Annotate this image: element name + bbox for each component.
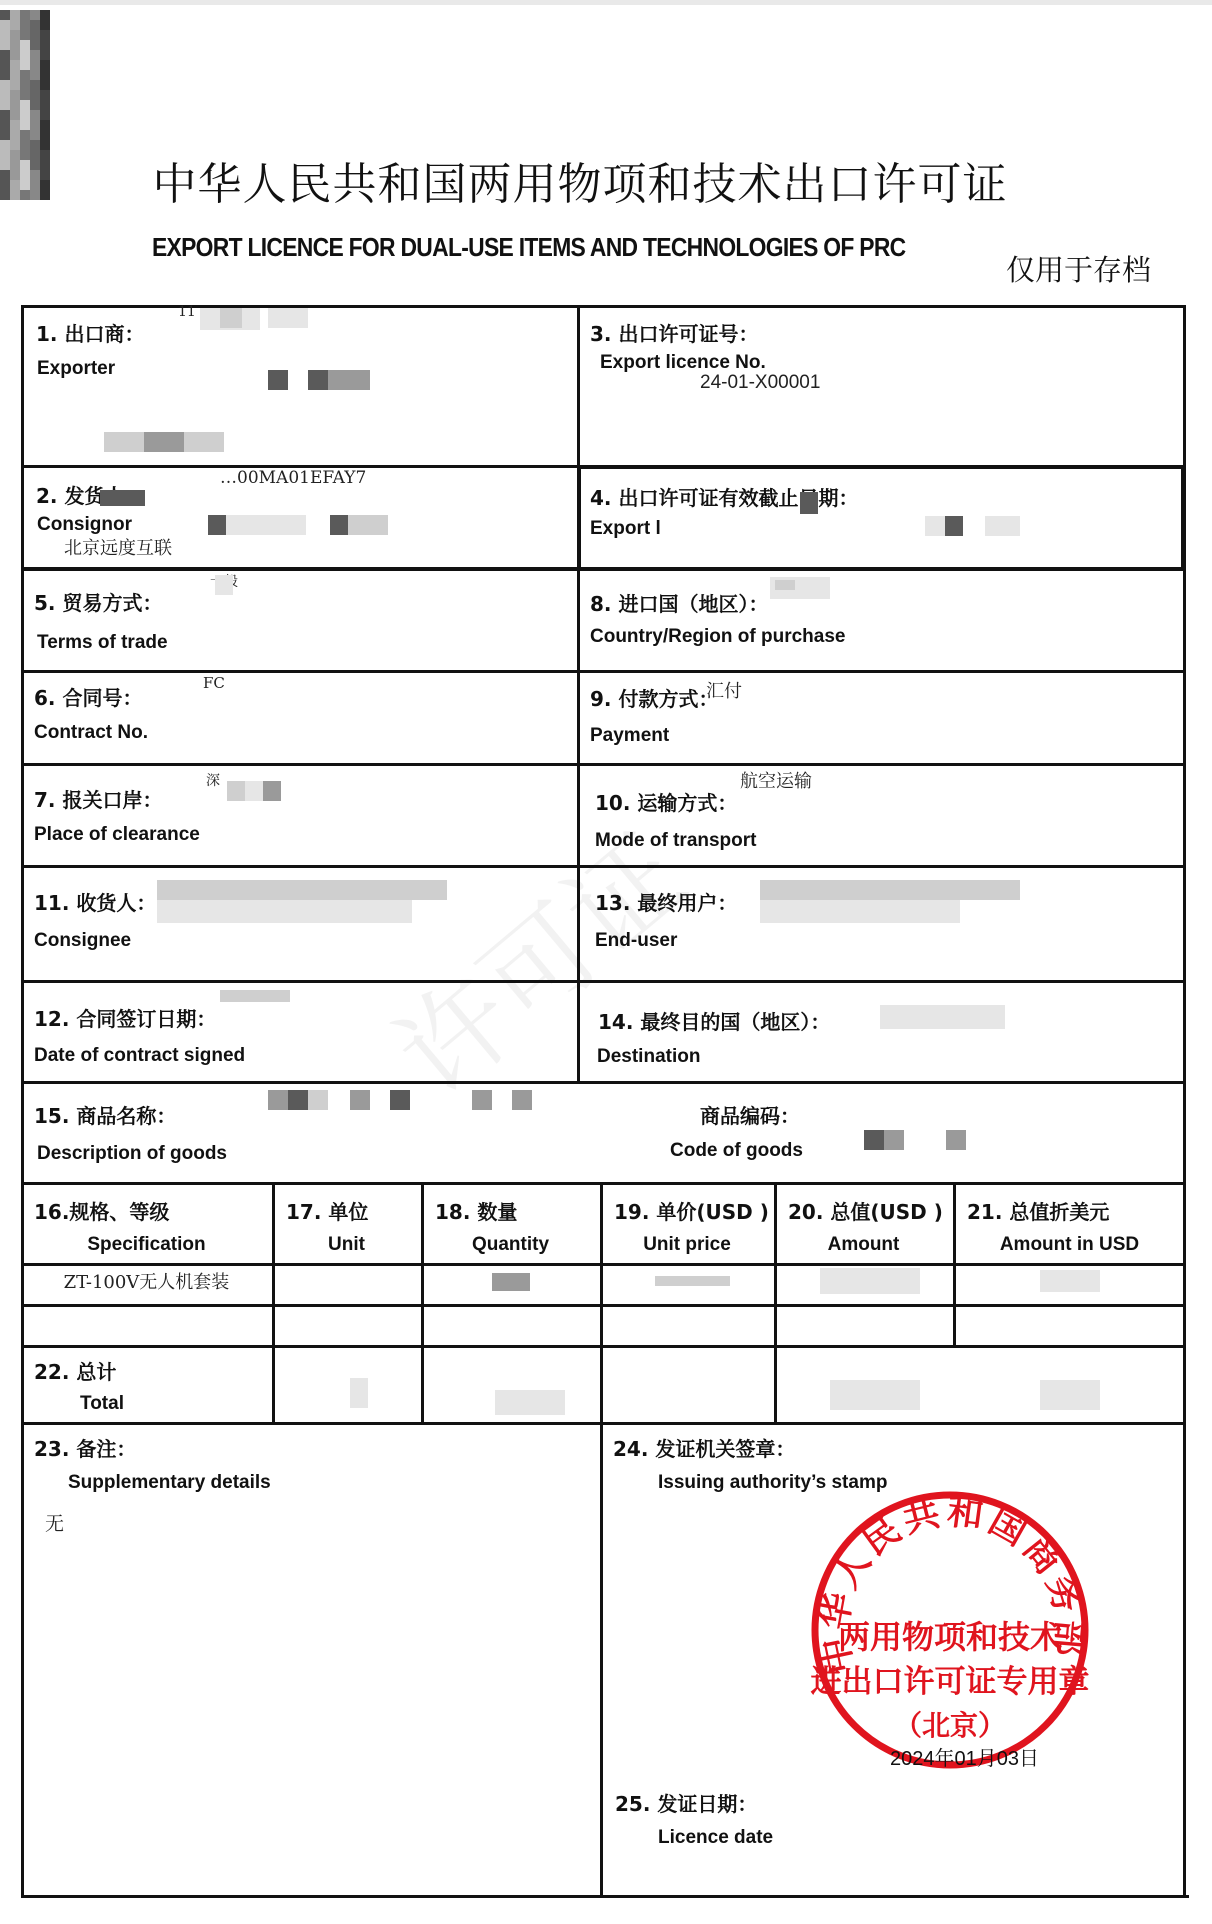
svg-text:进出口许可证专用章: 进出口许可证专用章 [811,1664,1090,1700]
exporter-value: 11 [178,304,196,320]
redacted-block [884,1130,904,1150]
document-title-en: EXPORT LICENCE FOR DUAL-USE ITEMS AND TE… [152,232,906,263]
expiry-label-cn: 4. 出口许可证有效截止日期： [590,482,858,511]
stamp-label-cn: 24. 发证机关签章： [613,1433,795,1462]
redacted-block [925,516,945,536]
column-header-cn: 17. 单位 [286,1196,368,1225]
redacted-block [308,370,328,390]
redacted-block [880,1005,1005,1029]
redacted-block [227,781,245,801]
payment-label-cn: 9. 付款方式： [590,683,718,712]
redacted-block [820,1268,920,1294]
redacted-block [226,515,306,535]
redacted-block [330,515,348,535]
goods-desc-label-cn: 15. 商品名称： [34,1100,176,1129]
column-header-cn: 20. 总值(USD ) [788,1196,943,1225]
clearance-value: 深 [206,770,220,790]
terms-label-en: Terms of trade [37,632,168,654]
consignor-label-en: Consignor [37,514,132,536]
consignor-code: …00MA01EFAY7 [220,468,366,488]
contract-date-label-cn: 12. 合同签订日期： [34,1003,216,1032]
redacted-block [495,1390,565,1415]
column-header-cn: 21. 总值折美元 [967,1196,1109,1225]
redacted-block [348,515,388,535]
redacted-block [945,516,963,536]
column-header-en: Amount in USD [953,1234,1186,1256]
end-user-label-en: End-user [595,930,677,952]
redacted-block [760,900,960,923]
contract-no-label-en: Contract No. [34,722,148,744]
top-edge [0,0,1212,5]
consignee-label-cn: 11. 收货人： [34,887,156,916]
licence-no-label-cn: 3. 出口许可证号： [590,318,758,347]
redacted-block [350,1378,368,1408]
redacted-block [660,510,1040,550]
column-header-en: Unit price [600,1234,774,1256]
redacted-block [760,880,1020,900]
svg-text:两用物项和技术: 两用物项和技术 [838,1618,1062,1656]
total-label-en: Total [80,1393,124,1415]
redacted-block [1040,1270,1100,1292]
redacted-block [985,516,1020,536]
redacted-block [512,1090,532,1110]
redacted-block [328,370,370,390]
remarks-value: 无 [45,1509,64,1536]
licence-date-label-cn: 25. 发证日期： [615,1788,757,1817]
column-header-en: Quantity [421,1234,600,1256]
redacted-block [157,880,447,900]
licence-no-value: 24-01-X00001 [700,372,820,394]
redacted-block [655,1276,730,1286]
remarks-label-cn: 23. 备注： [34,1433,136,1462]
redacted-block [775,580,795,590]
redacted-block [472,1090,492,1110]
column-header-en: Unit [272,1234,421,1256]
column-header-cn: 19. 单价(USD ) [614,1196,769,1225]
payment-label-en: Payment [590,725,669,747]
contract-date-label-en: Date of contract signed [34,1045,245,1067]
redacted-block [268,1090,288,1110]
redacted-block [100,490,145,506]
redacted-block [800,492,818,514]
redacted-block [390,1090,410,1110]
redacted-block [157,900,412,923]
redacted-block [492,1273,530,1291]
svg-text:（北京）: （北京） [894,1709,1006,1742]
redacted-block [350,1090,370,1110]
clearance-label-cn: 7. 报关口岸： [34,784,162,813]
redacted-block [215,575,233,595]
stamp-date: 2024年01月03日 [890,1742,1039,1771]
consignee-label-en: Consignee [34,930,131,952]
transport-label-cn: 10. 运输方式： [595,787,737,816]
archive-note: 仅用于存档 [1006,248,1151,289]
consignor-name: 北京远度互联 [64,534,172,560]
total-label-cn: 22. 总计 [34,1356,116,1385]
licence-no-label-en: Export licence No. [600,352,766,374]
redacted-block [308,1090,328,1110]
official-seal-icon: 中华人民共和国商务部 两用物项和技术 进出口许可证专用章 （北京） [800,1480,1100,1780]
redacted-block [830,1380,920,1410]
column-header-cn: 18. 数量 [435,1196,517,1225]
redacted-block [268,308,308,328]
clearance-label-en: Place of clearance [34,824,200,846]
destination-label-cn: 14. 最终目的国（地区）： [598,1006,830,1035]
payment-value: 汇付 [706,677,742,703]
end-user-label-cn: 13. 最终用户： [595,887,737,916]
redacted-block [220,990,290,1002]
redacted-block [220,308,242,328]
goods-desc-label-en: Description of goods [37,1143,227,1165]
contract-no-label-cn: 6. 合同号： [34,682,142,711]
column-header-cn: 16.规格、等级 [34,1196,169,1225]
cell-specification: ZT-100V无人机套装 [21,1268,272,1294]
country-label-en: Country/Region of purchase [590,626,845,648]
redacted-block [245,781,263,801]
transport-label-en: Mode of transport [595,830,757,852]
country-label-cn: 8. 进口国（地区）： [590,588,768,617]
goods-code-label-cn: 商品编码： [700,1100,800,1129]
transport-value: 航空运输 [740,767,812,793]
document-title-cn: 中华人民共和国两用物项和技术出口许可证 [0,148,1160,212]
remarks-label-en: Supplementary details [68,1472,271,1494]
redacted-block [946,1130,966,1150]
exporter-label-cn: 1. 出口商： [36,318,144,347]
redacted-block [208,515,226,535]
redacted-block [1040,1380,1100,1410]
column-header-en: Specification [21,1234,272,1256]
redacted-block [268,370,288,390]
terms-label-cn: 5. 贸易方式： [34,587,162,616]
redacted-block [263,781,281,801]
licence-date-label-en: Licence date [658,1827,773,1849]
redacted-block [864,1130,884,1150]
redacted-block [288,1090,308,1110]
contract-no-value: FC [203,674,225,692]
redacted-block [144,432,184,452]
destination-label-en: Destination [597,1046,700,1068]
column-header-en: Amount [774,1234,953,1256]
exporter-label-en: Exporter [37,358,115,380]
goods-code-label-en: Code of goods [670,1140,803,1162]
